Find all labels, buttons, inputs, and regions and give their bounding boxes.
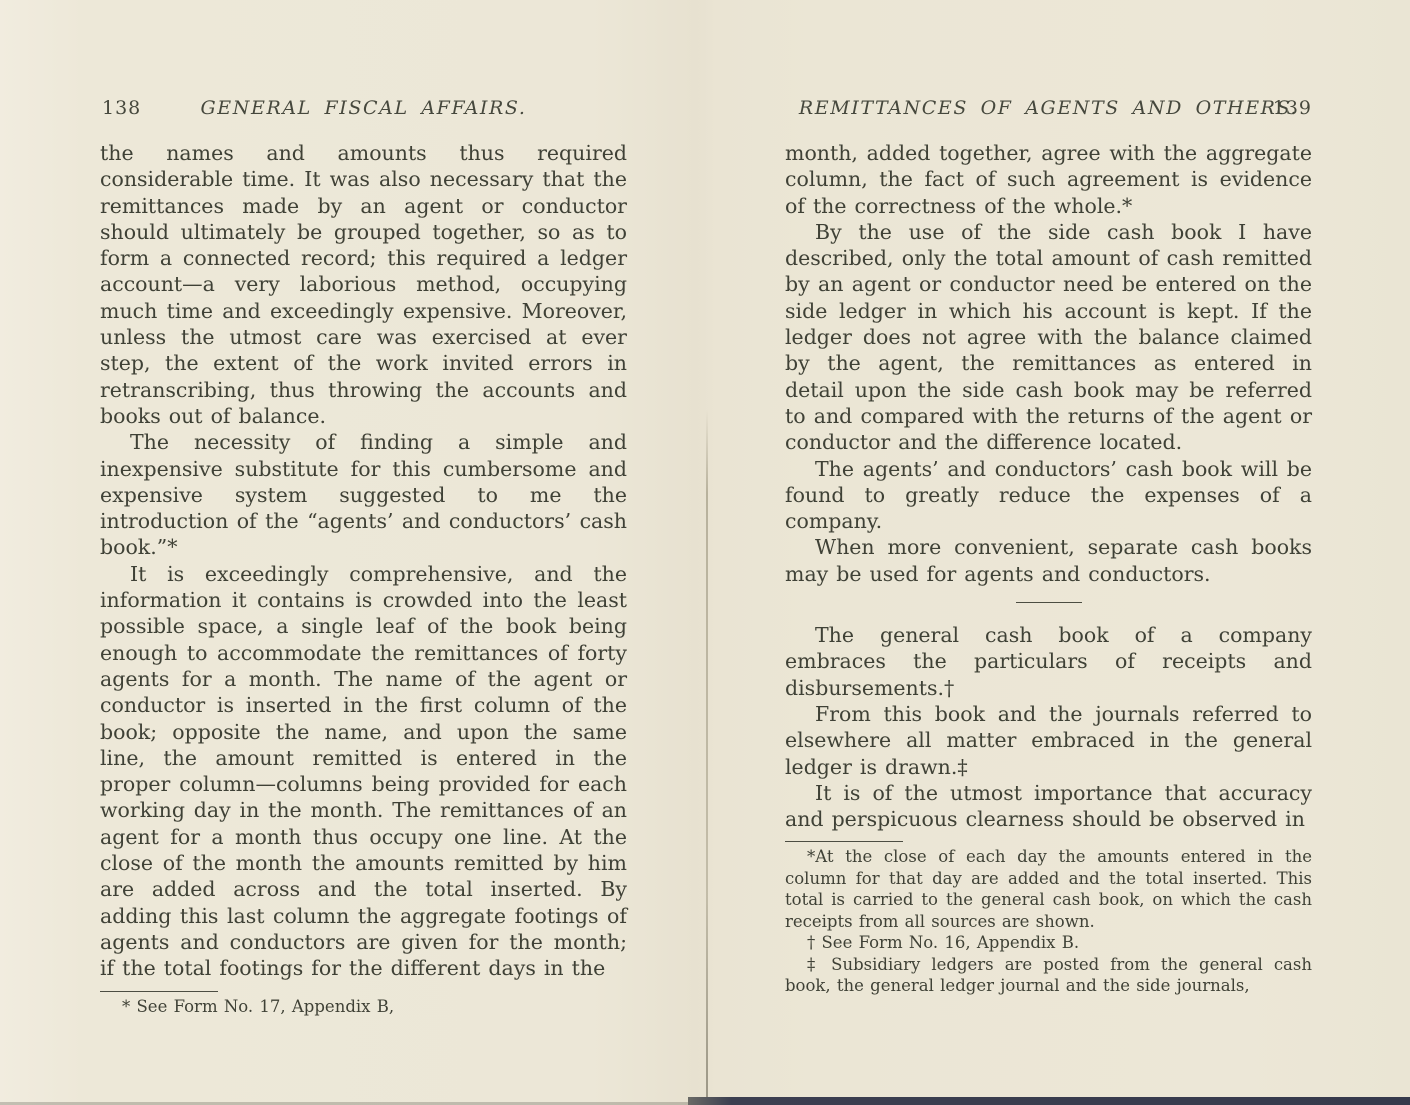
right-page: REMITTANCES OF AGENTS AND OTHERS. 139 mo… [785,96,1312,997]
left-running-head: 138 GENERAL FISCAL AFFAIRS. [100,96,627,120]
scan-edge-shadow [688,1097,1410,1105]
right-paragraph: When more convenient, separate cash book… [785,534,1312,587]
right-paragraph: From this book and the journals referred… [785,701,1312,780]
right-paragraph: The agents’ and conductors’ cash book wi… [785,456,1312,535]
section-divider [1016,602,1082,603]
left-body: the names and amounts thus required cons… [100,140,627,982]
left-running-header: GENERAL FISCAL AFFAIRS. [100,96,627,120]
right-footnote-rule [785,841,903,842]
book-scan: 138 GENERAL FISCAL AFFAIRS. the names an… [0,0,1410,1105]
right-paragraph: The general cash book of a company embra… [785,622,1312,701]
right-footnote-block: *At the close of each day the amounts en… [785,841,1312,997]
right-footnote: ‡ Subsidiary ledgers are posted from the… [785,954,1312,997]
right-paragraph: By the use of the side cash book I have … [785,219,1312,456]
left-paragraph: The necessity of finding a simple and in… [100,429,627,560]
right-page-number: 139 [1273,96,1312,120]
right-running-header: REMITTANCES OF AGENTS AND OTHERS. [785,96,1312,120]
right-footnote: *At the close of each day the amounts en… [785,846,1312,932]
left-footnote: * See Form No. 17, Appendix B, [100,996,627,1018]
right-body: month, added together, agree with the ag… [785,140,1312,832]
left-footnote-block: * See Form No. 17, Appendix B, [100,991,627,1018]
left-footnote-rule [100,991,218,992]
right-paragraph: It is of the utmost importance that accu… [785,780,1312,833]
left-page-number: 138 [102,96,141,120]
left-paragraph: the names and amounts thus required cons… [100,140,627,429]
left-paragraph: It is exceedingly comprehensive, and the… [100,561,627,982]
right-paragraph: month, added together, agree with the ag… [785,140,1312,219]
right-footnotes: *At the close of each day the amounts en… [785,846,1312,997]
right-footnote: † See Form No. 16, Appendix B. [785,932,1312,954]
left-page: 138 GENERAL FISCAL AFFAIRS. the names an… [100,96,627,1017]
page-gutter-crease [706,410,708,1105]
right-running-head: REMITTANCES OF AGENTS AND OTHERS. 139 [785,96,1312,120]
left-footnotes: * See Form No. 17, Appendix B, [100,996,627,1018]
